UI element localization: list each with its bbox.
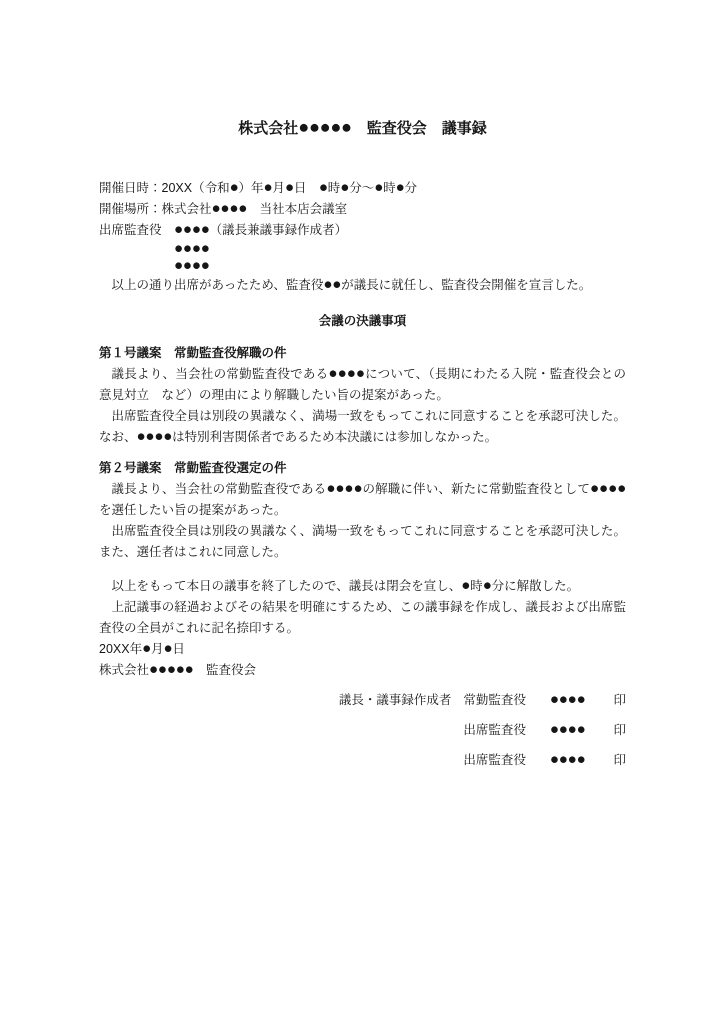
agenda-2-paragraph: 出席監査役全員は別段の異議なく、満場一致をもってこれに同意することを承認可決した…	[99, 521, 626, 563]
attendees-line: 出席監査役 ●●●●（議長兼議事録作成者）	[99, 220, 626, 241]
agenda-2-heading: 第２号議案 常勤監査役選定の件	[99, 458, 626, 479]
closing-adjournment: 以上をもって本日の議事を終了したので、議長は閉会を宣し、●時●分に解散した。	[99, 576, 626, 597]
signature-name-placeholder: ●●●●	[550, 720, 586, 741]
agenda-1-paragraph: 出席監査役全員は別段の異議なく、満場一致をもってこれに同意することを承認可決した…	[99, 406, 626, 448]
agenda-item-2: 第２号議案 常勤監査役選定の件 議長より、当会社の常勤監査役である●●●●の解職…	[99, 458, 626, 563]
attendee-name-placeholder: ●●●●	[99, 241, 626, 258]
agenda-1-heading: 第１号議案 常勤監査役解職の件	[99, 343, 626, 364]
minutes-document-page: 株式会社●●●●● 監査役会 議事録 開催日時：20XX（令和●）年●月●日 ●…	[0, 0, 724, 1024]
meeting-location-line: 開催場所：株式会社●●●● 当社本店会議室	[99, 199, 626, 220]
meeting-datetime-line: 開催日時：20XX（令和●）年●月●日 ●時●分～●時●分	[99, 178, 626, 199]
closing-attestation: 上記議事の経過およびその結果を明確にするため、この議事録を作成し、議長および出席…	[99, 597, 626, 639]
signature-row: 議長・議事録作成者 常勤監査役 ●●●● 印	[99, 690, 626, 711]
document-date-line: 20XX年●月●日	[99, 639, 626, 660]
document-title: 株式会社●●●●● 監査役会 議事録	[99, 118, 626, 140]
document-content: 株式会社●●●●● 監査役会 議事録 開催日時：20XX（令和●）年●月●日 ●…	[99, 118, 626, 771]
seal-mark: 印	[613, 720, 626, 741]
company-line: 株式会社●●●●● 監査役会	[99, 660, 626, 681]
agenda-1-paragraph: 議長より、当会社の常勤監査役である●●●●について、（長期にわたる入院・監査役会…	[99, 364, 626, 406]
seal-mark: 印	[613, 750, 626, 771]
signature-role: 出席監査役	[463, 750, 526, 771]
seal-mark: 印	[613, 690, 626, 711]
signature-name-placeholder: ●●●●	[550, 690, 586, 711]
signature-prefix: 議長・議事録作成者	[339, 690, 452, 711]
closing-block: 以上をもって本日の議事を終了したので、議長は閉会を宣し、●時●分に解散した。 上…	[99, 576, 626, 681]
signature-block: 議長・議事録作成者 常勤監査役 ●●●● 印 出席監査役 ●●●● 印 出席監査…	[99, 690, 626, 771]
agenda-2-paragraph: 議長より、当会社の常勤監査役である●●●●の解職に伴い、新たに常勤監査役として●…	[99, 479, 626, 521]
meeting-meta-block: 開催日時：20XX（令和●）年●月●日 ●時●分～●時●分 開催場所：株式会社●…	[99, 178, 626, 275]
opening-declaration: 以上の通り出席があったため、監査役●●が議長に就任し、監査役会開催を宣言した。	[99, 275, 626, 296]
signature-role: 常勤監査役	[463, 690, 526, 711]
resolutions-section-heading: 会議の決議事項	[99, 311, 626, 332]
attendee-name-placeholder: ●●●●	[99, 258, 626, 275]
signature-name-placeholder: ●●●●	[550, 750, 586, 771]
agenda-item-1: 第１号議案 常勤監査役解職の件 議長より、当会社の常勤監査役である●●●●につい…	[99, 343, 626, 448]
signature-role: 出席監査役	[463, 720, 526, 741]
signature-row: 出席監査役 ●●●● 印	[99, 720, 626, 741]
signature-row: 出席監査役 ●●●● 印	[99, 750, 626, 771]
